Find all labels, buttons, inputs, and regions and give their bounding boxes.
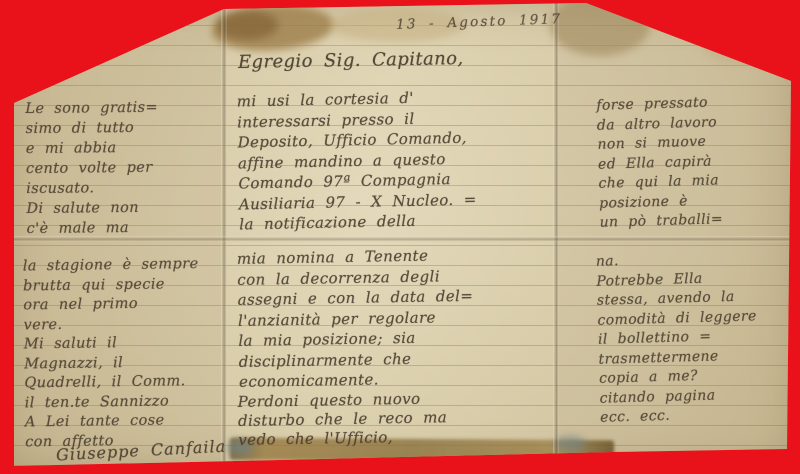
- handwritten-line: la stagione è sempre: [23, 255, 228, 277]
- handwritten-line: c'è male ma: [27, 217, 227, 239]
- handwritten-line: Di salute non: [26, 197, 226, 219]
- photo-of-letter: 13 - Agosto 1917 Egregio Sig. Capitano, …: [0, 0, 800, 474]
- letter-salutation: Egregio Sig. Capitano,: [238, 48, 464, 73]
- middle-column-paragraph-2: mia nomina a Tenentecon la decorrenza de…: [237, 243, 569, 392]
- right-column-upper-text: forse pressatoda altro lavoronon si muov…: [596, 91, 795, 233]
- left-column-upper-text: Le sono gratis=simo di tuttoe mi abbiace…: [25, 97, 226, 239]
- handwritten-line: Le sono gratis=: [25, 97, 225, 119]
- handwritten-line: e mi abbia: [26, 137, 226, 159]
- middle-column-paragraph-1: mi usi la cortesia d'interessarsi presso…: [237, 85, 570, 235]
- handwritten-line: cento volte per: [26, 157, 226, 179]
- middle-column-paragraph-3: Perdoni questo nuovodisturbo che le reco…: [238, 387, 569, 450]
- handwritten-line: iscusato.: [26, 177, 226, 199]
- letter-paper: 13 - Agosto 1917 Egregio Sig. Capitano, …: [0, 0, 800, 474]
- left-column-lower-text: la stagione è semprebrutta qui specieora…: [23, 255, 231, 453]
- right-column-lower-text: na.Potrebbe Ellastessa, avendo lacomodit…: [596, 247, 796, 428]
- stain-right-corner: [700, 14, 792, 66]
- handwritten-line: simo di tutto: [25, 117, 225, 139]
